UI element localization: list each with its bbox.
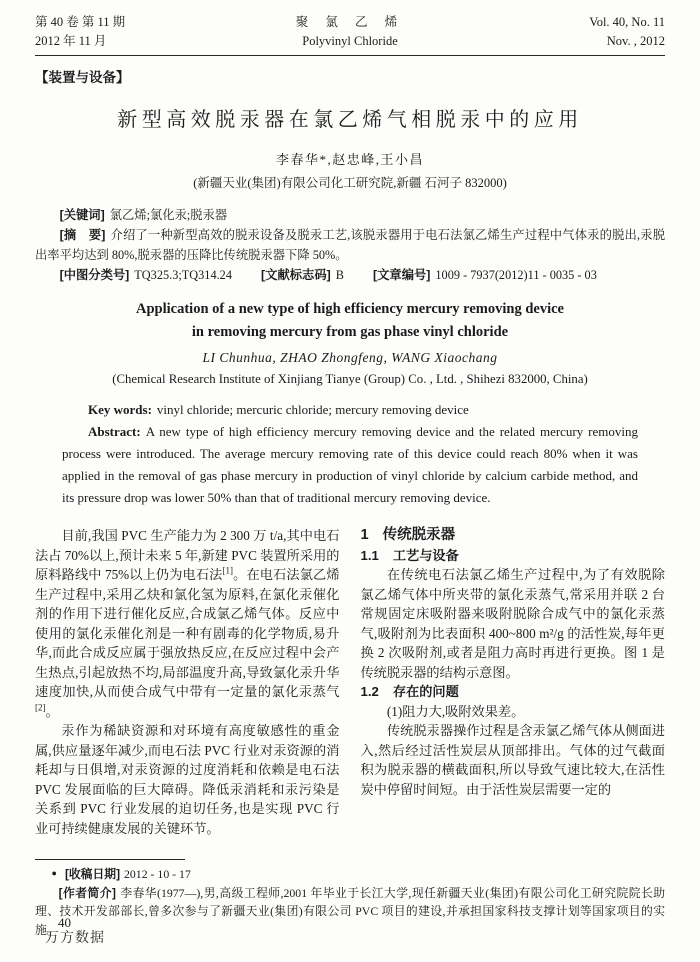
abstract-label-en: Abstract:: [88, 424, 141, 439]
left-p1-text-c: 。: [46, 704, 59, 719]
volume-issue-zh: 第 40 卷 第 11 期: [35, 13, 215, 32]
header-center: 聚 氯 乙 烯 Polyvinyl Chloride: [215, 13, 485, 51]
classification-row: [中图分类号]TQ325.3;TQ314.24 [文献标志码]B [文章编号]1…: [35, 265, 665, 285]
keywords-en: vinyl chloride; mercuric chloride; mercu…: [157, 402, 469, 417]
abstract-en: A new type of high efficiency mercury re…: [62, 424, 638, 505]
section-1-1-number: 1.1: [361, 548, 379, 563]
section-1-2-number: 1.2: [361, 684, 379, 699]
abstract-row-en: Abstract:A new type of high efficiency m…: [62, 421, 638, 509]
header-rule: [35, 55, 665, 56]
received-date-row: ●[收稿日期]2012 - 10 - 17: [35, 864, 665, 884]
meta-block-zh: [关键词]氯乙烯;氯化汞;脱汞器 [摘 要]介绍了一种新型高效的脱汞设备及脱汞工…: [35, 205, 665, 285]
reference-mark-2: [2]: [35, 702, 46, 712]
keywords-row-en: Key words:vinyl chloride; mercuric chlor…: [62, 399, 638, 421]
footnote-block: ●[收稿日期]2012 - 10 - 17 [作者简介]李春华(1977—),男…: [35, 859, 665, 939]
footnote-marker: ●: [52, 868, 57, 878]
issue-date-en: Nov. , 2012: [485, 32, 665, 51]
journal-page: 第 40 卷 第 11 期 2012 年 11 月 聚 氯 乙 烯 Polyvi…: [0, 0, 700, 962]
body-columns: 目前,我国 PVC 生产能力为 2 300 万 t/a,其中电石法占 70%以上…: [35, 526, 665, 838]
left-p1-text-b: 。在电石法氯乙烯生产过程中,采用乙炔和氯化氢为原料,在氯化汞催化剂的作用下进行催…: [35, 567, 340, 699]
article-title-zh: 新型高效脱汞器在氯乙烯气相脱汞中的应用: [35, 107, 665, 134]
section-1-2-title: 存在的问题: [393, 684, 459, 699]
article-id-group: [文章编号]1009 - 7937(2012)11 - 0035 - 03: [373, 265, 597, 285]
keywords-row-zh: [关键词]氯乙烯;氯化汞;脱汞器: [35, 205, 665, 225]
abstract-row-zh: [摘 要]介绍了一种新型高效的脱汞设备及脱汞工艺,该脱汞器用于电石法氯乙烯生产过…: [35, 225, 665, 265]
wanfang-watermark: 万方数据: [45, 927, 105, 947]
section-heading-1-2: 1.2存在的问题: [361, 682, 666, 702]
keywords-zh: 氯乙烯;氯化汞;脱汞器: [110, 208, 228, 222]
author-bio-label: [作者简介]: [59, 886, 116, 900]
meta-block-en: Key words:vinyl chloride; mercuric chlor…: [62, 399, 638, 509]
clc-number: TQ325.3;TQ314.24: [134, 268, 232, 282]
right-paragraph-3: 传统脱汞器操作过程是含汞氯乙烯气体从侧面进入,然后经过活性炭层从顶部排出。气体的…: [361, 721, 666, 799]
article-title-en-line1: Application of a new type of high effici…: [71, 298, 629, 321]
left-paragraph-1: 目前,我国 PVC 生产能力为 2 300 万 t/a,其中电石法占 70%以上…: [35, 526, 340, 721]
volume-issue-en: Vol. 40, No. 11: [485, 13, 665, 32]
journal-name-en: Polyvinyl Chloride: [215, 32, 485, 51]
section-heading-1-1: 1.1工艺与设备: [361, 546, 666, 566]
body-left-column: 目前,我国 PVC 生产能力为 2 300 万 t/a,其中电石法占 70%以上…: [35, 526, 340, 838]
section-1-1-title: 工艺与设备: [393, 548, 459, 563]
footnote-separator: [35, 859, 185, 860]
received-date-label: [收稿日期]: [65, 867, 120, 881]
column-tag: 【装置与设备】: [35, 66, 665, 86]
affiliation-en: (Chemical Research Institute of Xinjiang…: [35, 372, 665, 387]
article-title-en: Application of a new type of high effici…: [71, 298, 629, 344]
keywords-label-zh: [关键词]: [60, 208, 105, 222]
abstract-label-zh: [摘 要]: [60, 228, 106, 242]
doc-code-label: [文献标志码]: [261, 268, 331, 282]
clc-group: [中图分类号]TQ325.3;TQ314.24: [60, 265, 232, 285]
abstract-zh: 介绍了一种新型高效的脱汞设备及脱汞工艺,该脱汞器用于电石法氯乙烯生产过程中气体汞…: [35, 228, 665, 262]
authors-zh: 李春华*,赵忠峰,王小昌: [35, 149, 665, 168]
received-date: 2012 - 10 - 17: [124, 867, 191, 881]
section-1-number: 1: [361, 527, 369, 543]
header-left: 第 40 卷 第 11 期 2012 年 11 月: [35, 13, 215, 51]
journal-header: 第 40 卷 第 11 期 2012 年 11 月 聚 氯 乙 烯 Polyvi…: [35, 13, 665, 51]
section-1-title: 传统脱汞器: [383, 527, 456, 543]
left-paragraph-2: 汞作为稀缺资源和对环境有高度敏感性的重金属,供应量逐年减少,而电石法 PVC 行…: [35, 721, 340, 838]
article-id: 1009 - 7937(2012)11 - 0035 - 03: [435, 268, 596, 282]
article-id-label: [文章编号]: [373, 268, 430, 282]
right-paragraph-1: 在传统电石法氯乙烯生产过程中,为了有效脱除氯乙烯气体中所夹带的氯化汞蒸气,常采用…: [361, 565, 666, 682]
reference-mark-1: [1]: [223, 566, 234, 576]
section-heading-1: 1传统脱汞器: [361, 526, 666, 546]
journal-name-zh: 聚 氯 乙 烯: [215, 13, 485, 32]
author-bio-row: [作者简介]李春华(1977—),男,高级工程师,2001 年毕业于长江大学,现…: [35, 884, 665, 940]
header-right: Vol. 40, No. 11 Nov. , 2012: [485, 13, 665, 51]
clc-label: [中图分类号]: [60, 268, 130, 282]
right-paragraph-2: (1)阻力大,吸附效果差。: [361, 702, 666, 722]
authors-en: LI Chunhua, ZHAO Zhongfeng, WANG Xiaocha…: [35, 350, 665, 366]
author-bio: 李春华(1977—),男,高级工程师,2001 年毕业于长江大学,现任新疆天业(…: [35, 886, 665, 937]
issue-date-zh: 2012 年 11 月: [35, 32, 215, 51]
body-right-column: 1传统脱汞器 1.1工艺与设备 在传统电石法氯乙烯生产过程中,为了有效脱除氯乙烯…: [361, 526, 666, 838]
keywords-label-en: Key words:: [88, 402, 152, 417]
affiliation-zh: (新疆天业(集团)有限公司化工研究院,新疆 石河子 832000): [35, 173, 665, 191]
doc-code-group: [文献标志码]B: [261, 265, 344, 285]
doc-code: B: [336, 268, 344, 282]
article-title-en-line2: in removing mercury from gas phase vinyl…: [71, 321, 629, 344]
